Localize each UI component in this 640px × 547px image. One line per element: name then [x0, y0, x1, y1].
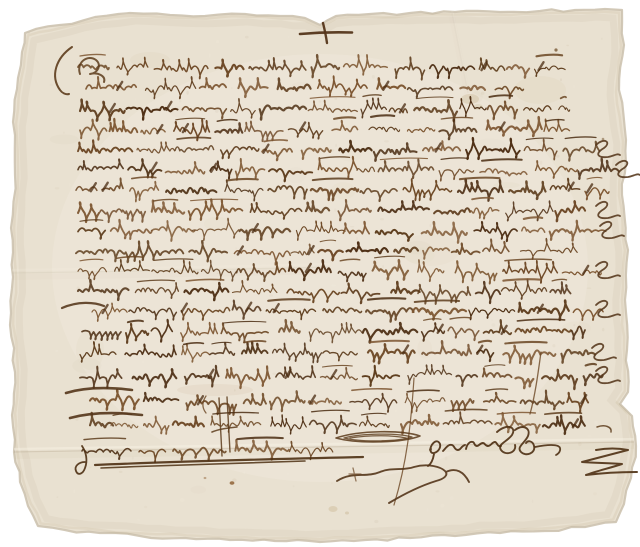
speckle [374, 322, 377, 324]
speckle [382, 265, 384, 269]
speckle [56, 497, 58, 498]
speckle [209, 53, 210, 57]
speckle [430, 455, 433, 457]
speckle [245, 36, 249, 39]
speckle [427, 508, 429, 512]
speckle [518, 280, 520, 283]
speckle [119, 471, 123, 473]
speckle [215, 109, 218, 112]
speckle [343, 412, 347, 413]
speckle [75, 418, 78, 421]
speckle [517, 512, 518, 516]
speckle [331, 482, 332, 485]
speckle [263, 439, 265, 441]
speckle [179, 100, 181, 102]
speckle [135, 397, 138, 400]
speckle [231, 87, 232, 89]
speckle [216, 40, 219, 44]
speckle [286, 473, 289, 474]
stain [554, 48, 557, 51]
manuscript-photo: Aged manuscript leaf written in late 15t… [0, 0, 640, 547]
speckle [532, 499, 533, 502]
speckle [146, 314, 151, 315]
speckle [384, 140, 389, 142]
speckle [186, 91, 188, 95]
speckle [440, 504, 444, 508]
speckle [144, 506, 147, 508]
speckle [574, 214, 575, 217]
speckle [587, 287, 592, 289]
stain [230, 481, 235, 485]
speckle [492, 323, 496, 327]
speckle [380, 218, 384, 220]
speckle [55, 350, 58, 352]
speckle [334, 98, 337, 100]
speckle [135, 98, 136, 101]
speckle [243, 471, 245, 474]
speckle [587, 436, 592, 437]
speckle [122, 100, 124, 102]
speckle [395, 410, 397, 413]
speckle [180, 403, 184, 407]
speckle [350, 226, 354, 227]
speckle [434, 143, 436, 144]
speckle [541, 373, 544, 377]
speckle [261, 432, 265, 436]
screenshot-root: { "document": { "title": "Handwritten ma… [0, 0, 640, 547]
speckle [429, 224, 431, 227]
blotch [170, 106, 187, 117]
speckle [262, 423, 266, 424]
speckle [594, 421, 598, 425]
speckle [372, 75, 375, 79]
speckle [374, 520, 378, 523]
speckle [269, 294, 273, 296]
speckle [63, 132, 64, 134]
speckle [350, 297, 354, 301]
speckle [356, 237, 357, 241]
speckle [325, 454, 329, 456]
speckle [74, 489, 75, 493]
speckle [392, 217, 394, 218]
speckle [227, 233, 230, 237]
speckle [356, 402, 360, 406]
speckle [364, 349, 367, 351]
speckle [236, 247, 237, 249]
speckle [272, 373, 276, 375]
speckle [180, 498, 185, 502]
speckle [89, 466, 92, 468]
speckle [601, 38, 602, 40]
speckle [593, 492, 597, 495]
speckle [491, 319, 493, 320]
speckle [556, 155, 560, 158]
speckle [554, 374, 556, 375]
speckle [540, 161, 542, 165]
stain [345, 512, 349, 515]
speckle [362, 424, 365, 426]
speckle [574, 85, 575, 89]
stain [329, 506, 338, 512]
speckle [528, 369, 529, 371]
speckle [331, 284, 336, 286]
speckle [319, 100, 322, 102]
speckle [560, 78, 562, 81]
blotch [417, 339, 432, 359]
speckle [288, 36, 289, 38]
blotch [286, 167, 306, 183]
speckle [186, 467, 190, 469]
speckle [249, 164, 251, 167]
speckle [142, 360, 144, 363]
speckle [300, 242, 303, 245]
speckle [312, 238, 314, 241]
manuscript-svg [0, 0, 640, 547]
speckle [77, 307, 80, 311]
speckle [50, 84, 54, 86]
speckle [293, 485, 295, 487]
speckle [566, 45, 569, 47]
stain [204, 477, 207, 479]
speckle [340, 407, 342, 408]
speckle [293, 464, 297, 466]
speckle [445, 456, 448, 460]
speckle [189, 429, 193, 430]
photo-background: Aged manuscript leaf written in late 15t… [0, 0, 640, 547]
blotch [191, 486, 207, 494]
speckle [440, 106, 443, 110]
speckle [552, 344, 555, 347]
speckle [496, 153, 500, 155]
speckle [498, 111, 499, 113]
speckle [69, 183, 71, 186]
speckle [450, 496, 454, 500]
speckle [334, 208, 336, 211]
speckle [602, 328, 605, 332]
speckle [215, 234, 217, 236]
speckle [55, 187, 60, 189]
blotch [494, 182, 520, 188]
speckle [461, 425, 463, 426]
blotch [50, 135, 79, 145]
speckle [370, 42, 371, 44]
speckle [336, 474, 339, 477]
speckle [137, 519, 140, 521]
speckle [435, 490, 439, 492]
speckle [361, 305, 362, 309]
speckle [477, 69, 478, 71]
speckle [335, 144, 336, 147]
speckle [419, 460, 423, 463]
